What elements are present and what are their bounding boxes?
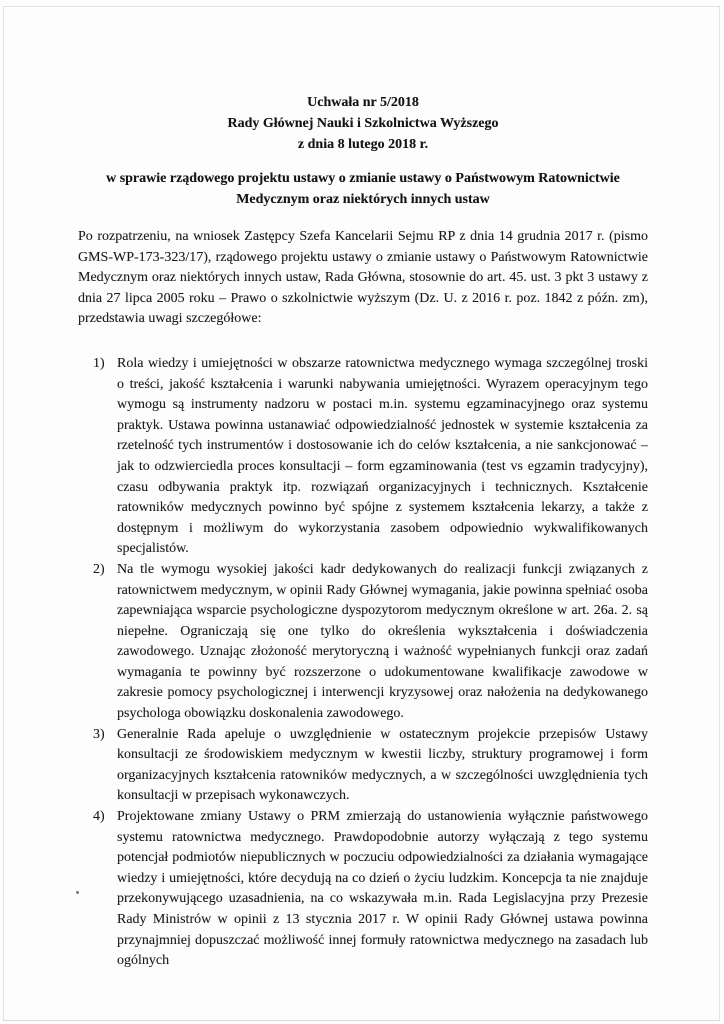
list-item: 3) Generalnie Rada apeluje o uwzględnien…	[93, 725, 648, 807]
list-item-number: 2)	[93, 560, 110, 581]
title-line-date: z dnia 8 lutego 2018 r.	[78, 134, 648, 155]
list-item-number: 4)	[93, 807, 110, 828]
scan-artifact-dot	[76, 891, 79, 894]
remarks-list: 1) Rola wiedzy i umiejętności w obszarze…	[93, 354, 648, 972]
list-item: 1) Rola wiedzy i umiejętności w obszarze…	[93, 354, 648, 560]
scanned-document-page: Uchwała nr 5/2018 Rady Głównej Nauki i S…	[0, 0, 724, 1024]
list-item: 2) Na tle wymogu wysokiej jakości kadr d…	[93, 560, 648, 725]
list-item-number: 1)	[93, 354, 110, 375]
list-item-text: Rola wiedzy i umiejętności w obszarze ra…	[117, 354, 648, 560]
list-item-text: Projektowane zmiany Ustawy o PRM zmierza…	[117, 807, 648, 972]
list-item-text: Na tle wymogu wysokiej jakości kadr dedy…	[117, 560, 648, 725]
title-line-resolution-number: Uchwała nr 5/2018	[78, 92, 648, 113]
list-item-text: Generalnie Rada apeluje o uwzględnienie …	[117, 725, 648, 807]
document-content: Uchwała nr 5/2018 Rady Głównej Nauki i S…	[78, 92, 648, 972]
list-item: 4) Projektowane zmiany Ustawy o PRM zmie…	[93, 807, 648, 972]
list-item-number: 3)	[93, 725, 110, 746]
document-subject: w sprawie rządowego projektu ustawy o zm…	[78, 168, 648, 210]
intro-paragraph: Po rozpatrzeniu, na wniosek Zastępcy Sze…	[78, 227, 648, 330]
title-line-issuing-body: Rady Głównej Nauki i Szkolnictwa Wyższeg…	[78, 113, 648, 134]
document-title-block: Uchwała nr 5/2018 Rady Głównej Nauki i S…	[78, 92, 648, 155]
